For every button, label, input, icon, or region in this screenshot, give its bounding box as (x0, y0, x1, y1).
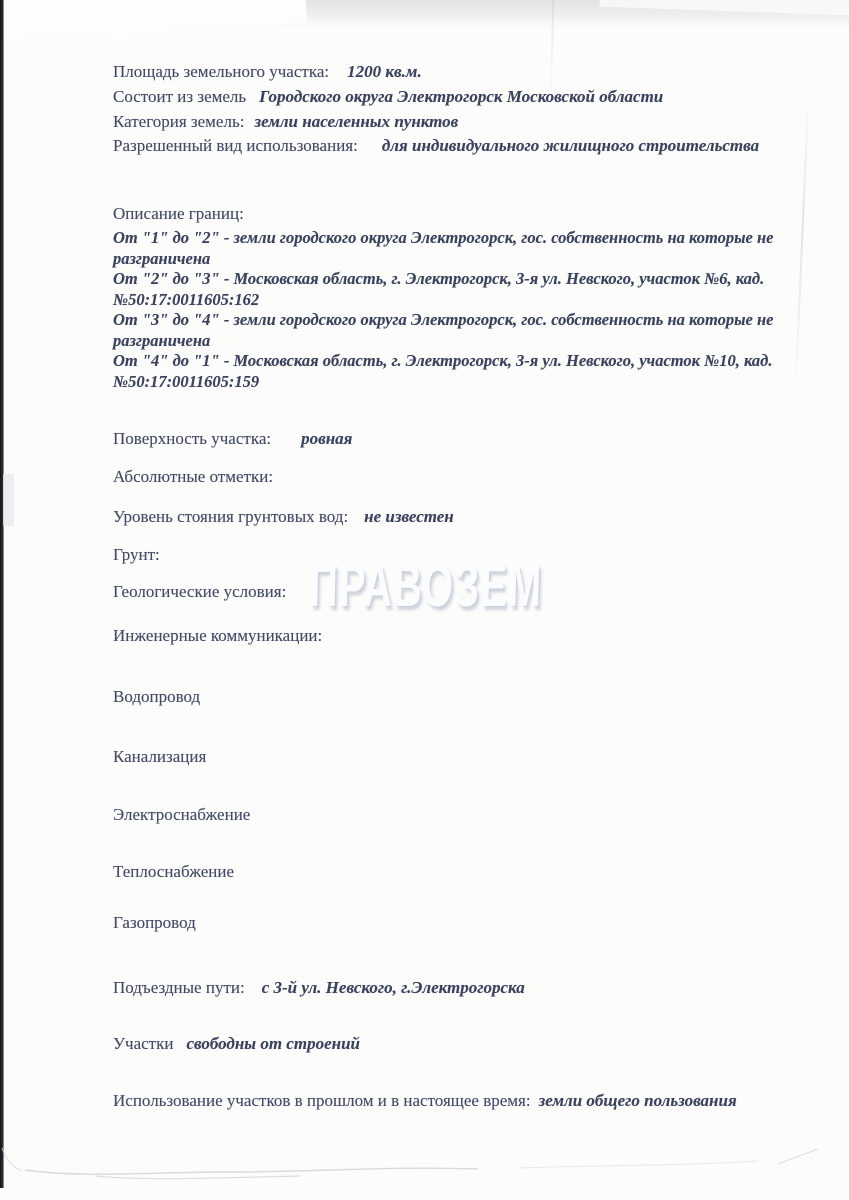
field-electricity: Электроснабжение (113, 804, 250, 826)
field-area-label: Площадь земельного участка: (113, 62, 329, 81)
boundaries-heading-label: Описание границ: (113, 204, 244, 223)
boundary-line-1: От "1" до "2" - земли городского округа … (113, 228, 773, 249)
scan-paper-corner (0, 0, 307, 41)
field-gas-label: Газопровод (113, 913, 196, 932)
field-geology: Геологические условия: (113, 581, 286, 603)
field-category: Категория земель:земли населенных пункто… (113, 111, 458, 133)
field-groundwater: Уровень стояния грунтовых вод:не известе… (113, 506, 454, 528)
field-heating-label: Теплоснабжение (113, 862, 234, 881)
field-permitted-use-value: для индивидуального жилищного строительс… (382, 136, 759, 155)
field-groundwater-value: не известен (364, 507, 454, 526)
field-absolute-marks: Абсолютные отметки: (113, 466, 273, 488)
boundaries-heading: Описание границ: (113, 203, 244, 225)
boundary-line-8: №50:17:0011605:159 (113, 372, 259, 393)
field-permitted-use: Разрешенный вид использования:для индиви… (113, 135, 759, 157)
field-heating: Теплоснабжение (113, 861, 234, 883)
field-gas: Газопровод (113, 912, 196, 934)
field-groundwater-label: Уровень стояния грунтовых вод: (113, 507, 348, 526)
pravozem-watermark: ПРАВОЗЕМ (309, 556, 544, 616)
boundary-line-7: От "4" до "1" - Московская область, г. Э… (113, 351, 772, 372)
field-utilities-label: Инженерные коммуникации: (113, 626, 322, 645)
field-usage-label: Использование участков в прошлом и в нас… (113, 1091, 531, 1110)
boundary-line-4: №50:17:0011605:162 (113, 290, 259, 311)
field-access-roads-label: Подъездные пути: (113, 978, 245, 997)
field-usage-value: земли общего пользования (539, 1091, 737, 1110)
scan-crease-right (794, 88, 810, 398)
field-surface-label: Поверхность участка: (113, 429, 271, 448)
boundary-line-6: разграничена (113, 331, 210, 352)
field-area: Площадь земельного участка:1200 кв.м. (113, 61, 422, 83)
field-plots-label: Участки (113, 1034, 173, 1053)
field-plots: Участкисвободны от строений (113, 1033, 360, 1055)
field-composition-label: Состоит из земель (113, 87, 246, 106)
field-category-label: Категория земель: (113, 112, 244, 131)
field-permitted-use-label: Разрешенный вид использования: (113, 136, 358, 155)
boundary-line-2: разграничена (113, 249, 210, 270)
field-sewerage: Канализация (113, 746, 206, 768)
field-category-value: земли населенных пунктов (254, 112, 458, 131)
scanned-document-page: ПРАВОЗЕМ Площадь земельного участка:1200… (0, 0, 849, 1200)
field-usage: Использование участков в прошлом и в нас… (113, 1090, 737, 1112)
field-electricity-label: Электроснабжение (113, 805, 250, 824)
field-soil-label: Грунт: (113, 545, 160, 564)
field-area-value: 1200 кв.м. (347, 62, 422, 81)
field-plots-value: свободны от строений (186, 1034, 360, 1053)
boundary-line-3: От "2" до "3" - Московская область, г. Э… (113, 269, 764, 290)
boundary-line-5: От "3" до "4" - земли городского округа … (113, 310, 773, 331)
field-composition: Состоит из земельГородского округа Элект… (113, 86, 663, 108)
field-surface-value: ровная (301, 429, 352, 448)
field-absolute-marks-label: Абсолютные отметки: (113, 467, 273, 486)
field-composition-value: Городского округа Электрогорск Московско… (259, 87, 663, 106)
field-access-roads-value: с 3-й ул. Невского, г.Электрогорска (262, 978, 525, 997)
field-water-supply-label: Водопровод (113, 687, 200, 706)
field-surface: Поверхность участка:ровная (113, 428, 352, 450)
field-water-supply: Водопровод (113, 686, 200, 708)
field-soil: Грунт: (113, 544, 160, 566)
field-geology-label: Геологические условия: (113, 582, 286, 601)
field-sewerage-label: Канализация (113, 747, 206, 766)
field-utilities: Инженерные коммуникации: (113, 625, 322, 647)
field-access-roads: Подъездные пути:с 3-й ул. Невского, г.Эл… (113, 977, 525, 999)
scan-left-edge (0, 0, 4, 1188)
scan-left-smudge (3, 474, 14, 526)
scan-bottom-edge (0, 1140, 849, 1200)
